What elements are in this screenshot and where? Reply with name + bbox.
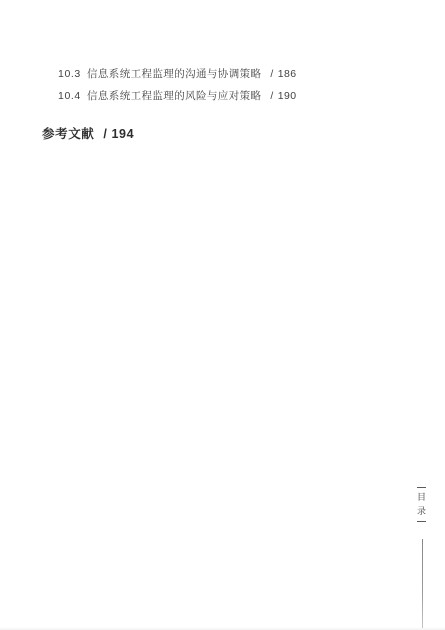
references-label: 参考文献 [42, 127, 94, 141]
toc-entry-10-4: 10.4信息系统工程监理的风险与应对策略/190 [58, 90, 296, 103]
margin-tab-rule-bottom [417, 521, 426, 522]
page-number: 194 [111, 127, 134, 141]
page-number: 190 [278, 90, 297, 102]
page-separator: / [270, 90, 273, 102]
page-separator: / [103, 127, 107, 141]
toc-entry-title: 信息系统工程监理的沟通与协调策略 [87, 68, 261, 80]
references-pageref: /194 [103, 127, 134, 141]
toc-entry-number: 10.4 [58, 90, 87, 103]
toc-entry-pageref: /190 [270, 90, 296, 102]
references-entry: 参考文献/194 [42, 127, 134, 141]
margin-tab-rule-top [417, 487, 426, 488]
toc-entry-number: 10.3 [58, 68, 87, 81]
margin-vertical-rule [422, 539, 423, 628]
toc-entry-10-3: 10.3信息系统工程监理的沟通与协调策略/186 [58, 68, 296, 81]
toc-page: 10.3信息系统工程监理的沟通与协调策略/186 10.4信息系统工程监理的风险… [0, 0, 445, 630]
margin-tab-char: 录 [413, 507, 430, 516]
margin-tab-char: 目 [413, 493, 430, 502]
toc-entry-pageref: /186 [270, 68, 296, 80]
page-separator: / [270, 68, 273, 80]
page-number: 186 [278, 68, 297, 80]
toc-entry-title: 信息系统工程监理的风险与应对策略 [87, 90, 261, 102]
margin-tab-toc: 目 录 [413, 487, 430, 522]
